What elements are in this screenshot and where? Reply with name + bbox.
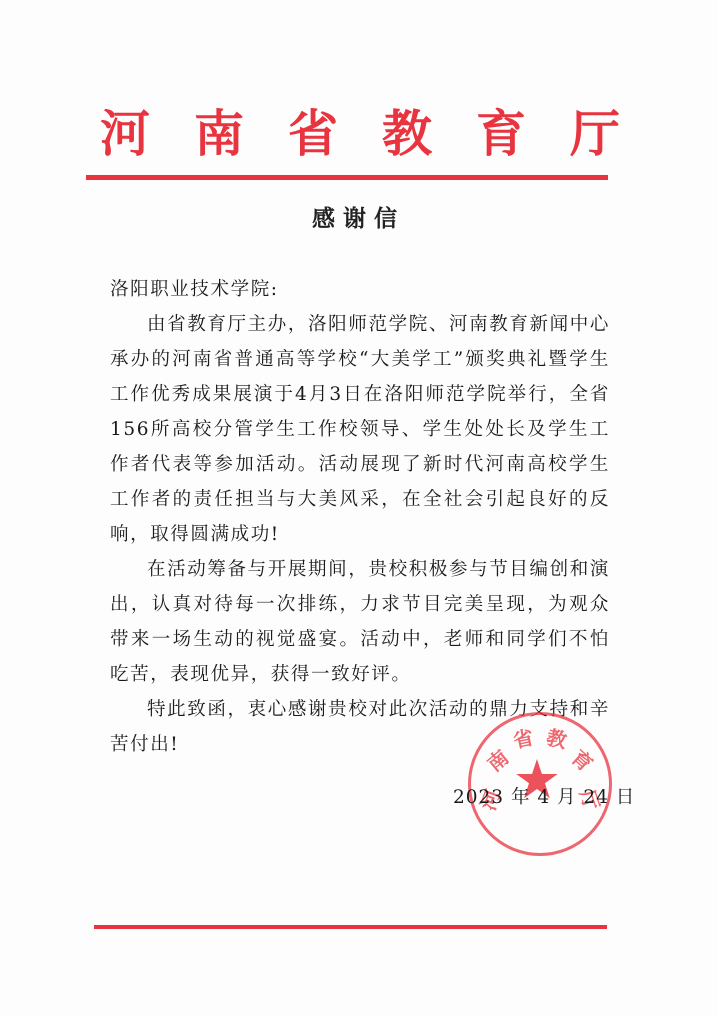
letterhead-char: 育 [476, 104, 526, 164]
seal-char: 南 [480, 742, 514, 777]
paragraph: 在活动筹备与开展期间，贵校积极参与节目编创和演出，认真对待每一次排练，力求节目完… [110, 552, 610, 692]
document-title: 感谢信 [0, 200, 717, 233]
letterhead-char: 南 [194, 104, 244, 164]
letter-body: 洛阳职业技术学院: 由省教育厅主办，洛阳师范学院、河南教育新闻中心承办的河南省普… [110, 272, 610, 762]
letterhead-title: 河 南 省 教 育 厅 [100, 104, 620, 164]
letterhead-char: 厅 [570, 104, 620, 164]
footer-divider [94, 925, 607, 929]
salutation: 洛阳职业技术学院: [110, 272, 610, 307]
letterhead-char: 教 [382, 104, 432, 164]
letterhead-divider [86, 175, 608, 180]
letterhead-char: 省 [288, 104, 338, 164]
paragraph: 由省教育厅主办，洛阳师范学院、河南教育新闻中心承办的河南省普通高等学校“大美学工… [110, 307, 610, 552]
letterhead-char: 河 [100, 104, 150, 164]
letter-date: 2023 年 4 月 24 日 [453, 783, 635, 809]
seal-char: 育 [566, 742, 600, 777]
